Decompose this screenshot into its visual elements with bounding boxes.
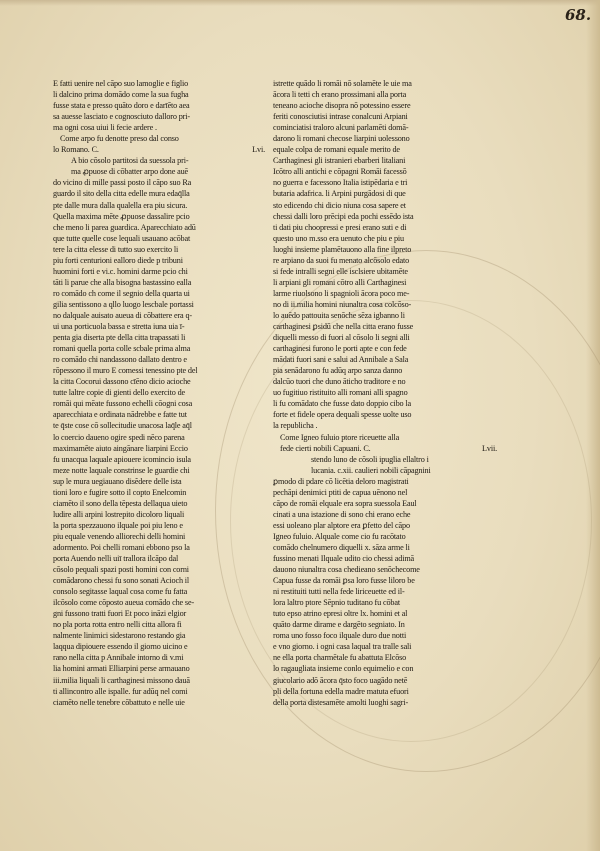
line-text: ma ꝓpuose di cōbatter arpo done auē bbox=[71, 167, 188, 176]
line-text: gni fussono tratti fuori Et poco ināzi e… bbox=[53, 609, 186, 618]
line-text: piu equale venendo alliorechi delli homi… bbox=[53, 532, 185, 541]
line-text: sa auesse lasciato e cognosciuto dalloro… bbox=[53, 112, 190, 121]
line-text: lo Romano. C. bbox=[53, 144, 99, 155]
line-text: gilia sentissono a qllo luogo lescbale p… bbox=[53, 300, 194, 309]
text-line: teneano acioche disopra nō potessino ess… bbox=[273, 100, 497, 111]
line-text: carthaginesi ꝑsidū che nella citta erano… bbox=[273, 322, 413, 331]
line-text: romani quella porta colle scbale prima a… bbox=[53, 344, 190, 353]
line-text: fusse stata e presso quāto doro e darīēt… bbox=[53, 101, 189, 110]
text-line: dauono niunaltra cosa chedieano senōchec… bbox=[273, 564, 497, 575]
text-line: porta Auendo nelli uiī trallora ilcāpo d… bbox=[53, 553, 265, 564]
line-text: tutte laltre copie di gienti dello exerc… bbox=[53, 388, 185, 397]
line-text: nalmente linimici sidestarono restando g… bbox=[53, 631, 185, 640]
text-line: ilcōsolo come cōposto aueua comādo che s… bbox=[53, 597, 265, 608]
line-text: tioni loro e fugire sotto il copto Enelc… bbox=[53, 488, 186, 497]
text-line: no pla porta rotta entro nelli citta all… bbox=[53, 619, 265, 630]
text-line: lucania. c.xii. caulieri nobili cāpagnin… bbox=[273, 465, 497, 476]
line-text: Capua fusse da romāi ꝑsa loro fusse lilo… bbox=[273, 576, 415, 585]
text-line: re arpiano da suoi fu menato alcōsolo ed… bbox=[273, 255, 497, 266]
text-line: fusse stata e presso quāto doro e darīēt… bbox=[53, 100, 265, 111]
text-line: darono li romani checose liarpini uoless… bbox=[273, 133, 497, 144]
text-line: questo uno m.sso era uenuto che piu e pi… bbox=[273, 233, 497, 244]
text-line: Icōtro alli antichi e cōpagni Romāi face… bbox=[273, 166, 497, 177]
text-line: roma uno fosso foco ilquale duro due not… bbox=[273, 630, 497, 641]
text-line: uo fugitiuo ristituito alli romani alli … bbox=[273, 387, 497, 398]
text-line: te q̄ste cose cō sollecitudie unacosa la… bbox=[53, 420, 265, 431]
line-text: ma ogni cosa uiui li fecie ardere . bbox=[53, 123, 157, 132]
text-line: cominciatisi traloro alcuni parlamēti do… bbox=[273, 122, 497, 133]
text-line: aparecchiata e ordinata nādrebbe e fatte… bbox=[53, 409, 265, 420]
text-line: ma ogni cosa uiui li fecie ardere . bbox=[53, 122, 265, 133]
text-line: piu forti centurioni ealloro diede p tri… bbox=[53, 255, 265, 266]
line-text: lo auēdo pattouita senōche sēza igbanno … bbox=[273, 311, 405, 320]
text-line: comādo chelnumero diquelli x. sāza arme … bbox=[273, 542, 497, 553]
line-text: fu unacqua laquale apiouere icomincio is… bbox=[53, 455, 191, 464]
line-text: essi uoleano plar alptore era ꝑfetto del… bbox=[273, 521, 410, 530]
line-text: istrette quādo li romāi nō solamēte le u… bbox=[273, 79, 412, 88]
line-text: della porta distesamēte amolti luoghi sa… bbox=[273, 698, 408, 707]
text-line: larme riuolsono li spagnioli ācora poco … bbox=[273, 288, 497, 299]
line-text: no di ii.milia homini niunaltra cosa col… bbox=[273, 300, 411, 309]
line-text: piu forti centurioni ealloro diede p tri… bbox=[53, 256, 183, 265]
left-text-column: E fatti uenire nel cāpo suo lamoglie e f… bbox=[53, 78, 265, 708]
line-text: cominciatisi traloro alcuni parlamēti do… bbox=[273, 123, 408, 132]
line-text: no guerra e facessono Italia istipēdaria… bbox=[273, 178, 407, 187]
text-line: no guerra e facessono Italia istipēdaria… bbox=[273, 177, 497, 188]
line-text: iii.milia liquali li carthaginesi misson… bbox=[53, 676, 190, 685]
chapter-number: Lvi. bbox=[252, 144, 265, 155]
text-line: li fu comādato che fusse dato doppio cib… bbox=[273, 398, 497, 409]
line-text: butaria adafrica. li Arpini purgādosi di… bbox=[273, 189, 406, 198]
text-line: quāto darme dirame e dargēto segniato. I… bbox=[273, 619, 497, 630]
line-text: ciamēto il sono della tēpesta dellaqua u… bbox=[53, 499, 187, 508]
text-line: A bio cōsolo partitosi da suessola pri- bbox=[53, 155, 265, 166]
line-text: dalcūo tuori che duno āticho traditore e… bbox=[273, 377, 405, 386]
text-line: maximamēte aiuto aingānare liarpini Ecci… bbox=[53, 443, 265, 454]
text-line: e vno giorno. i ogni casa laqual tra tra… bbox=[273, 641, 497, 652]
text-line: carthaginesi furono le porti apte e con … bbox=[273, 343, 497, 354]
text-line: nalmente linimici sidestarono restando g… bbox=[53, 630, 265, 641]
text-line: ciamēto nelle tenebre cōbattuto e nelle … bbox=[53, 697, 265, 708]
line-text: fussino menati Ilquale udito cio chessi … bbox=[273, 554, 414, 563]
text-line: ti allincontro alle ispalle. fur adūq ne… bbox=[53, 686, 265, 697]
text-line: no dalquale auisato aueua di cōbattere e… bbox=[53, 310, 265, 321]
line-text: ācora li tetti ch erano prossimani alla … bbox=[273, 90, 406, 99]
text-line: penta gia diserta pte della citta trapas… bbox=[53, 332, 265, 343]
folio-number: 68. bbox=[565, 6, 591, 24]
text-line: chessi dalli loro prēcipi eda pochi essē… bbox=[273, 211, 497, 222]
line-text: larme riuolsono li spagnioli ācora poco … bbox=[273, 289, 409, 298]
text-line: che meno li parea guardica. Aparecchiato… bbox=[53, 222, 265, 233]
line-text: si fede intralli segni elle isclsiere ub… bbox=[273, 267, 408, 276]
line-text: cinati a una istazione di sono chi erano… bbox=[273, 510, 410, 519]
line-text: teneano acioche disopra nō potessino ess… bbox=[273, 101, 410, 110]
text-line: sup le mura uegiauano disẽdere delle ist… bbox=[53, 476, 265, 487]
line-text: lo ragaugliata insieme conlo equimelio e… bbox=[273, 664, 413, 673]
line-text: ꝑmodo di pdare cō licētia deloro magistr… bbox=[273, 477, 409, 486]
line-text: aparecchiata e ordinata nādrebbe e fatte… bbox=[53, 410, 187, 419]
text-line: giucolario adō ācora q̄sto foco uagādo n… bbox=[273, 675, 497, 686]
line-text: li fu comādato che fusse dato doppio cib… bbox=[273, 399, 411, 408]
text-line: lo auēdo pattouita senōche sēza igbanno … bbox=[273, 310, 497, 321]
line-text: e vno giorno. i ogni casa laqual tra tra… bbox=[273, 642, 411, 651]
text-line: essi uoleano plar alptore era ꝑfetto del… bbox=[273, 520, 497, 531]
line-text: uo fugitiuo ristituito alli romani alli … bbox=[273, 388, 408, 397]
text-line: ti dati piu choopressi e presi erano sut… bbox=[273, 222, 497, 233]
line-text: giucolario adō ācora q̄sto foco uagādo n… bbox=[273, 676, 407, 685]
text-line: rano nella citta p Annibale intorno di v… bbox=[53, 652, 265, 663]
line-text: rōpessono il muro E comessi tenessino pt… bbox=[53, 366, 197, 375]
text-line: Come arpo fu denotte preso dal conso bbox=[53, 133, 265, 144]
line-text: ne ella porta charmētale fu abattuta Elc… bbox=[273, 653, 406, 662]
text-line: luoghi insieme plamētauono alla fine ilp… bbox=[273, 244, 497, 255]
text-line: rōpessono il muro E comessi tenessino pt… bbox=[53, 365, 265, 376]
line-text: comādo chelnumero diquelli x. sāza arme … bbox=[273, 543, 410, 552]
manuscript-page: 68. E fatti uenire nel cāpo suo lamoglie… bbox=[0, 0, 600, 851]
text-line: mādati fuori sani e salui ad Annibale a … bbox=[273, 354, 497, 365]
line-text: ti dati piu choopressi e presi erano sut… bbox=[273, 223, 406, 232]
text-line: ni restituiti tutti nella fede liriceuet… bbox=[273, 586, 497, 597]
line-text: Quella maxima mēte ꝓpuose dassalire pcio bbox=[53, 212, 190, 221]
line-text: romāi qui mēate fussono echelli cōogni c… bbox=[53, 399, 192, 408]
text-line: romani quella porta colle scbale prima a… bbox=[53, 343, 265, 354]
text-line: la republicha . bbox=[273, 420, 497, 431]
line-text: guardo il sito della citta edelle mura e… bbox=[53, 189, 190, 198]
text-line: que tutte quelle cose lequali usauano ac… bbox=[53, 233, 265, 244]
line-text: lo coercio daueno ogire spedi nēco paren… bbox=[53, 433, 185, 442]
text-line: do vicino di mille passi posto il cāpo s… bbox=[53, 177, 265, 188]
line-text: li dalcino prima domādo come la sua fugh… bbox=[53, 90, 189, 99]
text-line: lo Romano. C.Lvi. bbox=[53, 144, 265, 155]
text-line: tioni loro e fugire sotto il copto Enelc… bbox=[53, 487, 265, 498]
text-line: gni fussono tratti fuori Et poco ināzi e… bbox=[53, 608, 265, 619]
line-text: ui una porticuola bassa e stretta iuna u… bbox=[53, 322, 184, 331]
text-line: consolo segitasse laqual cosa come fu fa… bbox=[53, 586, 265, 597]
text-line: tere la citta elesse di tutto suo exerci… bbox=[53, 244, 265, 255]
line-text: pli della fortuna edella madre matuta ef… bbox=[273, 687, 409, 696]
line-text: Icōtro alli antichi e cōpagni Romāi face… bbox=[273, 167, 407, 176]
text-line: ludire alli arpini lostrepito dicoloro l… bbox=[53, 509, 265, 520]
line-text: pia senādarono fu adūq arpo sanza danno bbox=[273, 366, 402, 375]
text-line: sto edicendo chi dicio niuna cosa sapere… bbox=[273, 200, 497, 211]
text-line: guardo il sito della citta edelle mura e… bbox=[53, 188, 265, 199]
line-text: ciamēto nelle tenebre cōbattuto e nelle … bbox=[53, 698, 185, 707]
text-line: equale colpa de romani equale merito de bbox=[273, 144, 497, 155]
text-line: ꝑmodo di pdare cō licētia deloro magistr… bbox=[273, 476, 497, 487]
line-text: cāpo de romāi elquale era sopra suessola… bbox=[273, 499, 417, 508]
chapter-number: Lvii. bbox=[482, 443, 497, 454]
line-text: dauono niunaltra cosa chedieano senōchec… bbox=[273, 565, 420, 574]
line-text: A bio cōsolo partitosi da suessola pri- bbox=[71, 156, 188, 165]
text-line: Igneo fuluio. Alquale come cio fu racōta… bbox=[273, 531, 497, 542]
line-text: porta Auendo nelli uiī trallora ilcāpo d… bbox=[53, 554, 178, 563]
text-line: lora laltro ptore Sēpnio tuditano fu cōb… bbox=[273, 597, 497, 608]
line-text: rano nella citta p Annibale intorno di v… bbox=[53, 653, 183, 662]
line-text: maximamēte aiuto aingānare liarpini Ecci… bbox=[53, 444, 188, 453]
line-text: adormento. Poi chelli romani ebbono pso … bbox=[53, 543, 190, 552]
line-text: do vicino di mille passi posto il cāpo s… bbox=[53, 178, 191, 187]
right-text-column: istrette quādo li romāi nō solamēte le u… bbox=[273, 78, 497, 708]
line-text: ro comādo ch come il segnio della quarta… bbox=[53, 289, 190, 298]
text-line: comādarono chessi fu sono sonati Acioch … bbox=[53, 575, 265, 586]
line-text: pte dalle mura dalla qualella era piu si… bbox=[53, 201, 187, 210]
text-line: piu equale venendo alliorechi delli homi… bbox=[53, 531, 265, 542]
line-text: ti allincontro alle ispalle. fur adūq ne… bbox=[53, 687, 188, 696]
line-text: consolo segitasse laqual cosa come fu fa… bbox=[53, 587, 187, 596]
page-edge-shadow bbox=[586, 0, 600, 851]
text-line: tutte laltre copie di gienti dello exerc… bbox=[53, 387, 265, 398]
line-text: che meno li parea guardica. Aparecchiato… bbox=[53, 223, 196, 232]
line-text: ro comādo chi nandassono dallato dentro … bbox=[53, 355, 187, 364]
line-text: penta gia diserta pte della citta trapas… bbox=[53, 333, 185, 342]
line-text: no pla porta rotta entro nelli citta all… bbox=[53, 620, 182, 629]
line-text: huomini forti e vi.c. homini darme pcio … bbox=[53, 267, 188, 276]
line-text: carthaginesi furono le porti apte e con … bbox=[273, 344, 407, 353]
page-top-shadow bbox=[0, 0, 600, 6]
text-line: la citta Cocorui dassono cīēno dicio aci… bbox=[53, 376, 265, 387]
line-text: que tutte quelle cose lequali usauano ac… bbox=[53, 234, 190, 243]
line-text: re arpiano da suoi fu menato alcōsolo ed… bbox=[273, 256, 409, 265]
line-text: quāto darme dirame e dargēto segniato. I… bbox=[273, 620, 405, 629]
line-text: equale colpa de romani equale merito de bbox=[273, 145, 400, 154]
line-text: Igneo fuluio. Alquale come cio fu racōta… bbox=[273, 532, 406, 541]
text-line: feriti conosciutisi intrase conalcuni Ar… bbox=[273, 111, 497, 122]
text-line: cōsolo pequali spazi posti homini con co… bbox=[53, 564, 265, 575]
text-line: ciamēto il sono della tēpesta dellaqua u… bbox=[53, 498, 265, 509]
line-text: E fatti uenire nel cāpo suo lamoglie e f… bbox=[53, 79, 188, 88]
text-line: laqqua dipiouere essendo il giorno uicin… bbox=[53, 641, 265, 652]
line-text: cōsolo pequali spazi posti homini con co… bbox=[53, 565, 189, 574]
text-line: lo ragaugliata insieme conlo equimelio e… bbox=[273, 663, 497, 674]
text-line: fede cierti nobili Capuani. C.Lvii. bbox=[273, 443, 497, 454]
text-line: ro comādo ch come il segnio della quarta… bbox=[53, 288, 265, 299]
text-line: dalcūo tuori che duno āticho traditore e… bbox=[273, 376, 497, 387]
line-text: mādati fuori sani e salui ad Annibale a … bbox=[273, 355, 408, 364]
line-text: luoghi insieme plamētauono alla fine ilp… bbox=[273, 245, 411, 254]
text-line: carthaginesi ꝑsidū che nella citta erano… bbox=[273, 321, 497, 332]
line-text: tāti li parue che alla bisogna bastassin… bbox=[53, 278, 191, 287]
text-line: stendo luno de cōsoli ipuglia ellaltro i bbox=[273, 454, 497, 465]
text-line: gilia sentissono a qllo luogo lescbale p… bbox=[53, 299, 265, 310]
line-text: forte et fidele opera dequali spesse uol… bbox=[273, 410, 411, 419]
line-text: lora laltro ptore Sēpnio tuditano fu cōb… bbox=[273, 598, 400, 607]
line-text: darono li romani checose liarpini uoless… bbox=[273, 134, 410, 143]
text-line: cinati a una istazione di sono chi erano… bbox=[273, 509, 497, 520]
line-text: laqqua dipiouere essendo il giorno uicin… bbox=[53, 642, 188, 651]
line-text: pechāpi denimici ptiti de capua uēnono n… bbox=[273, 488, 407, 497]
text-line: pechāpi denimici ptiti de capua uēnono n… bbox=[273, 487, 497, 498]
text-line: ro comādo chi nandassono dallato dentro … bbox=[53, 354, 265, 365]
text-line: adormento. Poi chelli romani ebbono pso … bbox=[53, 542, 265, 553]
text-line: butaria adafrica. li Arpini purgādosi di… bbox=[273, 188, 497, 199]
line-text: ilcōsolo come cōposto aueua comādo che s… bbox=[53, 598, 194, 607]
line-text: diquelli messo di fuori al cōsolo li seg… bbox=[273, 333, 410, 342]
text-line: ma ꝓpuose di cōbatter arpo done auē bbox=[53, 166, 265, 177]
line-text: ni restituiti tutti nella fede liriceuet… bbox=[273, 587, 405, 596]
text-line: ne ella porta charmētale fu abattuta Elc… bbox=[273, 652, 497, 663]
text-line: si fede intralli segni elle isclsiere ub… bbox=[273, 266, 497, 277]
line-text: Come arpo fu denotte preso dal conso bbox=[60, 134, 179, 143]
text-line: della porta distesamēte amolti luoghi sa… bbox=[273, 697, 497, 708]
line-text: meze notte laquale constrinse le guardie… bbox=[53, 466, 190, 475]
text-line: sa auesse lasciato e cognosciuto dalloro… bbox=[53, 111, 265, 122]
text-line: huomini forti e vi.c. homini darme pcio … bbox=[53, 266, 265, 277]
text-line: ācora li tetti ch erano prossimani alla … bbox=[273, 89, 497, 100]
text-line: fussino menati Ilquale udito cio chessi … bbox=[273, 553, 497, 564]
text-line: pli della fortuna edella madre matuta ef… bbox=[273, 686, 497, 697]
text-line: forte et fidele opera dequali spesse uol… bbox=[273, 409, 497, 420]
text-line: li arpiani gli romani cōtro alli Carthag… bbox=[273, 277, 497, 288]
text-line: lia homini armati Elliarpini perse armau… bbox=[53, 663, 265, 674]
text-line: tāti li parue che alla bisogna bastassin… bbox=[53, 277, 265, 288]
line-text: lucania. c.xii. caulieri nobili cāpagnin… bbox=[311, 466, 431, 475]
text-line: la porta spezzauono ilquale poi piu leno… bbox=[53, 520, 265, 531]
line-text: Come Igneo fuluio ptore riceuette alla bbox=[280, 433, 399, 442]
text-line: tuto epso atrino epresi oltre lx. homini… bbox=[273, 608, 497, 619]
line-text: li arpiani gli romani cōtro alli Carthag… bbox=[273, 278, 406, 287]
text-line: lo coercio daueno ogire spedi nēco paren… bbox=[53, 432, 265, 443]
text-line: diquelli messo di fuori al cōsolo li seg… bbox=[273, 332, 497, 343]
text-line: fu unacqua laquale apiouere icomincio is… bbox=[53, 454, 265, 465]
text-line: romāi qui mēate fussono echelli cōogni c… bbox=[53, 398, 265, 409]
text-line: E fatti uenire nel cāpo suo lamoglie e f… bbox=[53, 78, 265, 89]
line-text: chessi dalli loro prēcipi eda pochi essē… bbox=[273, 212, 414, 221]
text-line: Capua fusse da romāi ꝑsa loro fusse lilo… bbox=[273, 575, 497, 586]
line-text: stendo luno de cōsoli ipuglia ellaltro i bbox=[311, 455, 429, 464]
line-text: tere la citta elesse di tutto suo exerci… bbox=[53, 245, 178, 254]
line-text: tuto epso atrino epresi oltre lx. homini… bbox=[273, 609, 407, 618]
line-text: feriti conosciutisi intrase conalcuni Ar… bbox=[273, 112, 408, 121]
text-line: no di ii.milia homini niunaltra cosa col… bbox=[273, 299, 497, 310]
text-line: Quella maxima mēte ꝓpuose dassalire pcio bbox=[53, 211, 265, 222]
text-line: cāpo de romāi elquale era sopra suessola… bbox=[273, 498, 497, 509]
line-text: roma uno fosso foco ilquale duro due not… bbox=[273, 631, 406, 640]
text-line: istrette quādo li romāi nō solamēte le u… bbox=[273, 78, 497, 89]
text-line: li dalcino prima domādo come la sua fugh… bbox=[53, 89, 265, 100]
line-text: la porta spezzauono ilquale poi piu leno… bbox=[53, 521, 183, 530]
line-text: lia homini armati Elliarpini perse armau… bbox=[53, 664, 190, 673]
text-line: Come Igneo fuluio ptore riceuette alla bbox=[273, 432, 497, 443]
line-text: comādarono chessi fu sono sonati Acioch … bbox=[53, 576, 189, 585]
line-text: la citta Cocorui dassono cīēno dicio aci… bbox=[53, 377, 191, 386]
text-line: pia senādarono fu adūq arpo sanza danno bbox=[273, 365, 497, 376]
line-text: ludire alli arpini lostrepito dicoloro l… bbox=[53, 510, 184, 519]
line-text: la republicha . bbox=[273, 421, 317, 430]
line-text: sup le mura uegiauano disẽdere delle ist… bbox=[53, 477, 181, 486]
line-text: fede cierti nobili Capuani. C. bbox=[280, 443, 371, 454]
line-text: no dalquale auisato aueua di cōbattere e… bbox=[53, 311, 192, 320]
line-text: te q̄ste cose cō sollecitudie unacosa la… bbox=[53, 421, 192, 430]
line-text: sto edicendo chi dicio niuna cosa sapere… bbox=[273, 201, 406, 210]
text-line: pte dalle mura dalla qualella era piu si… bbox=[53, 200, 265, 211]
text-line: ui una porticuola bassa e stretta iuna u… bbox=[53, 321, 265, 332]
line-text: Carthaginesi gli istranieri ebarberi lit… bbox=[273, 156, 405, 165]
line-text: questo uno m.sso era uenuto che piu e pi… bbox=[273, 234, 404, 243]
text-line: meze notte laquale constrinse le guardie… bbox=[53, 465, 265, 476]
text-line: iii.milia liquali li carthaginesi misson… bbox=[53, 675, 265, 686]
text-line: Carthaginesi gli istranieri ebarberi lit… bbox=[273, 155, 497, 166]
